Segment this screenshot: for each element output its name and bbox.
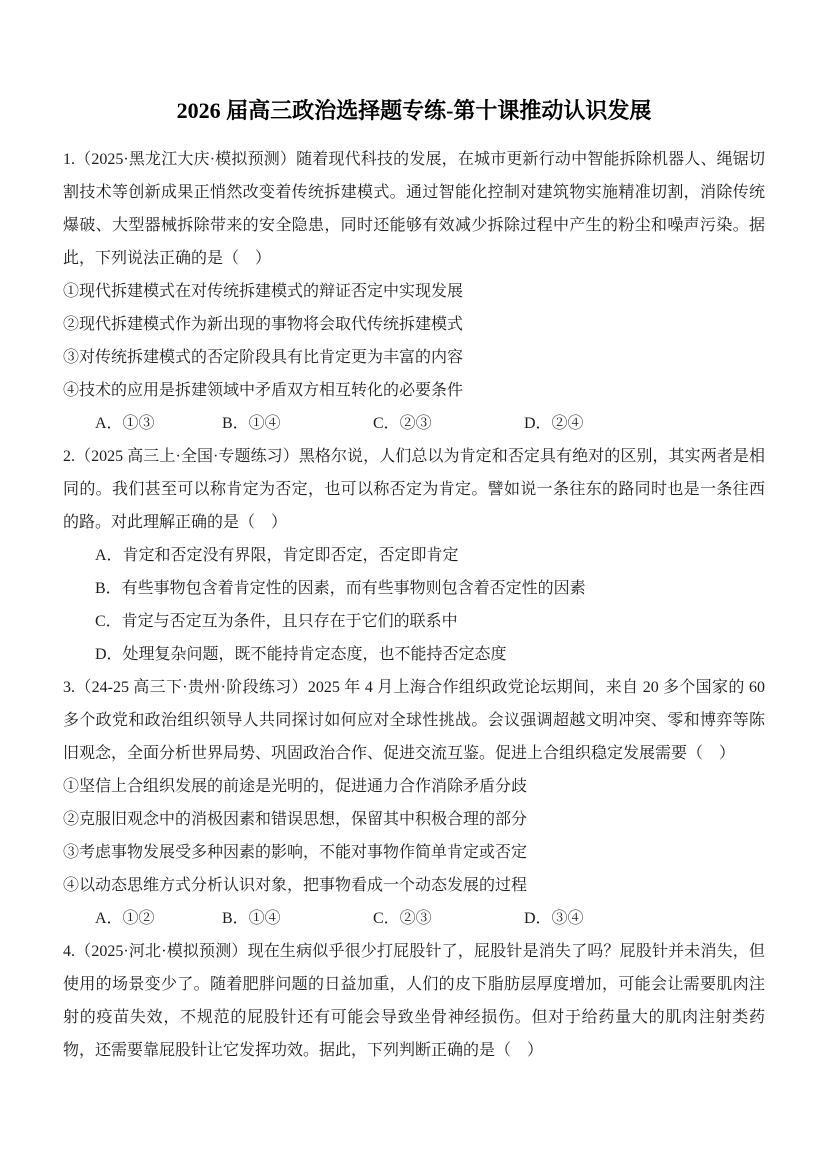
question-3: 3.（24-25 高三下·贵州·阶段练习）2025 年 4 月上海合作组织政党论… [63, 671, 765, 935]
document-page: 2026 届高三政治选择题专练-第十课推动认识发展 1.（2025·黑龙江大庆·… [0, 0, 827, 1169]
question-stem: 3.（24-25 高三下·贵州·阶段练习）2025 年 4 月上海合作组织政党论… [63, 671, 765, 770]
choice-c: C．②③ [373, 902, 520, 935]
choice-c: C．②③ [373, 407, 520, 440]
choice-b: B．①④ [222, 407, 369, 440]
lettered-option-c: C．肯定与否定互为条件，且只存在于它们的联系中 [63, 605, 765, 638]
numbered-option: ②克服旧观念中的消极因素和错误思想，保留其中积极合理的部分 [63, 803, 765, 836]
question-stem: 2.（2025 高三上·全国·专题练习）黑格尔说，人们总以为肯定和否定具有绝对的… [63, 440, 765, 539]
numbered-option: ③对传统拆建模式的否定阶段具有比肯定更为丰富的内容 [63, 341, 765, 374]
question-4: 4.（2025·河北·模拟预测）现在生病似乎很少打屁股针了，屁股针是消失了吗？屁… [63, 935, 765, 1067]
choice-d: D．②④ [524, 407, 584, 440]
question-stem: 4.（2025·河北·模拟预测）现在生病似乎很少打屁股针了，屁股针是消失了吗？屁… [63, 935, 765, 1067]
choice-a: A．①② [95, 902, 218, 935]
question-1: 1.（2025·黑龙江大庆·模拟预测）随着现代科技的发展，在城市更新行动中智能拆… [63, 143, 765, 440]
numbered-option: ④以动态思维方式分析认识对象，把事物看成一个动态发展的过程 [63, 869, 765, 902]
lettered-option-b: B．有些事物包含着肯定性的因素，而有些事物则包含着否定性的因素 [63, 572, 765, 605]
choice-b: B．①④ [222, 902, 369, 935]
answer-choices-row: A．①② B．①④ C．②③ D．③④ [63, 902, 765, 935]
lettered-option-a: A．肯定和否定没有界限，肯定即否定，否定即肯定 [63, 539, 765, 572]
answer-choices-row: A．①③ B．①④ C．②③ D．②④ [63, 407, 765, 440]
question-stem: 1.（2025·黑龙江大庆·模拟预测）随着现代科技的发展，在城市更新行动中智能拆… [63, 143, 765, 275]
lettered-option-d: D．处理复杂问题，既不能持肯定态度，也不能持否定态度 [63, 638, 765, 671]
question-2: 2.（2025 高三上·全国·专题练习）黑格尔说，人们总以为肯定和否定具有绝对的… [63, 440, 765, 671]
numbered-option: ①坚信上合组织发展的前途是光明的，促进通力合作消除矛盾分歧 [63, 770, 765, 803]
numbered-option: ②现代拆建模式作为新出现的事物将会取代传统拆建模式 [63, 308, 765, 341]
page-title: 2026 届高三政治选择题专练-第十课推动认识发展 [63, 95, 765, 127]
numbered-option: ③考虑事物发展受多种因素的影响，不能对事物作简单肯定或否定 [63, 836, 765, 869]
numbered-option: ④技术的应用是拆建领域中矛盾双方相互转化的必要条件 [63, 374, 765, 407]
choice-d: D．③④ [524, 902, 584, 935]
numbered-option: ①现代拆建模式在对传统拆建模式的辩证否定中实现发展 [63, 275, 765, 308]
choice-a: A．①③ [95, 407, 218, 440]
